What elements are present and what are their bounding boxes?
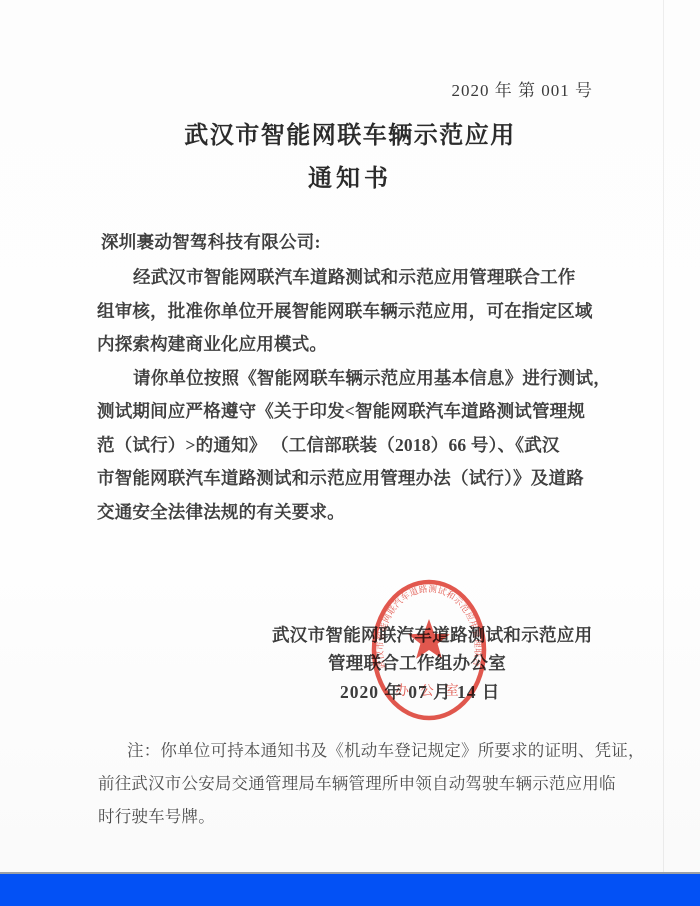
footnote-line: 前往武汉市公安局交通管理局车辆管理所申领自动驾驶车辆示范应用临 — [98, 767, 608, 800]
official-red-seal: 武汉市智能网联汽车道路测试和示范应用管理联合工作组 办 公 室 — [368, 576, 490, 724]
body-line: 测试期间应严格遵守《关于印发<智能网联汽车道路测试管理规 — [97, 395, 589, 429]
scanned-notice-document: 2020 年 第 001 号 武汉市智能网联车辆示范应用 通知书 深圳裹动智驾科… — [0, 0, 700, 906]
seal-star-icon — [408, 619, 450, 659]
body-line: 内探索构建商业化应用模式。 — [97, 328, 589, 362]
footnote-line: 时行驶车号牌。 — [98, 800, 608, 833]
body-line: 市智能网联汽车道路测试和示范应用管理办法（试行）》及道路 — [97, 462, 589, 496]
document-title-line2: 通知书 — [0, 158, 700, 193]
footnote-block: 注：你单位可持本通知书及《机动车登记规定》所要求的证明、凭证， 前往武汉市公安局… — [98, 734, 608, 833]
seal-graphic: 武汉市智能网联汽车道路测试和示范应用管理联合工作组 办 公 室 — [368, 576, 490, 724]
bottom-blue-bar — [0, 872, 700, 906]
body-line: 交通安全法律法规的有关要求。 — [97, 496, 589, 530]
body-line: 组审核，批准你单位开展智能网联车辆示范应用，可在指定区域 — [97, 295, 589, 329]
seal-ring-text: 武汉市智能网联汽车道路测试和示范应用管理联合工作组 — [368, 576, 484, 670]
footnote-line: 注：你单位可持本通知书及《机动车登记规定》所要求的证明、凭证， — [98, 734, 608, 767]
seal-bottom-label: 办 公 室 — [395, 682, 462, 698]
document-number: 2020 年 第 001 号 — [452, 76, 594, 101]
body-paragraphs: 经武汉市智能网联汽车道路测试和示范应用管理联合工作 组审核，批准你单位开展智能网… — [97, 261, 589, 529]
document-title-line1: 武汉市智能网联车辆示范应用 — [0, 115, 700, 150]
body-line: 经武汉市智能网联汽车道路测试和示范应用管理联合工作 — [97, 261, 589, 295]
addressee-line: 深圳裹动智驾科技有限公司: — [101, 229, 321, 254]
body-line: 请你单位按照《智能网联车辆示范应用基本信息》进行测试， — [97, 362, 589, 396]
body-line: 范（试行）>的通知》 （工信部联装（2018）66 号）、《武汉 — [97, 429, 589, 463]
